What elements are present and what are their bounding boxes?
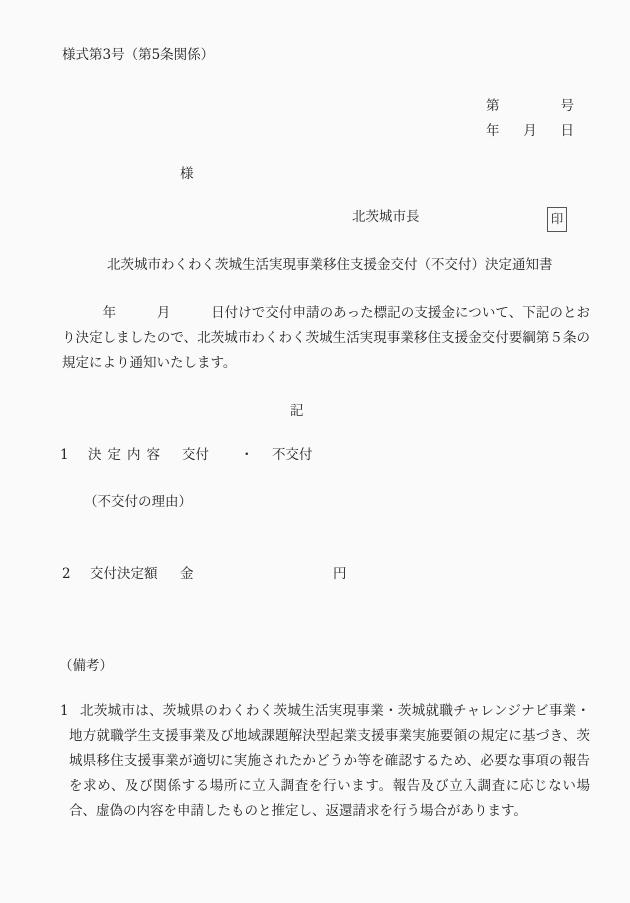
document-number-suffix: 号	[561, 98, 575, 116]
date-month-label: 月	[523, 123, 537, 141]
record-mark: 記	[290, 403, 304, 421]
amount-suffix: 円	[333, 566, 347, 584]
seal-placeholder-box: 印	[547, 207, 567, 232]
denial-reason-label: （不交付の理由）	[84, 494, 192, 512]
date-day-label: 日	[561, 123, 575, 141]
document-number-line: 第 号	[486, 98, 574, 116]
decision-option-deny: 不交付	[272, 447, 313, 465]
item2-number: 2	[62, 566, 71, 584]
date-line: 年 月 日	[486, 123, 574, 141]
item1-number: 1	[60, 447, 69, 465]
addressee-honorific: 様	[180, 166, 194, 184]
amount-prefix: 金	[180, 566, 194, 584]
body-paragraph: 年 月 日付けで交付申請のあった標記の支援金について、下記のとおり決定しましたの…	[62, 301, 590, 376]
note1-number: 1	[60, 699, 69, 724]
sender-title: 北茨城市長	[352, 209, 420, 227]
remarks-label: （備考）	[59, 658, 113, 676]
seal-mark: 印	[551, 211, 564, 227]
note1-text: 北茨城市は、茨城県のわくわく茨城生活実現事業・茨城就職チャレンジナビ事業・地方就…	[69, 699, 590, 824]
item1-label: 決定内容	[88, 447, 166, 465]
decision-option-grant: 交付	[182, 447, 209, 465]
document-title: 北茨城市わくわく茨城生活実現事業移住支援金交付（不交付）決定通知書	[107, 257, 553, 275]
decision-option-separator: ・	[240, 447, 254, 465]
item2-label: 交付決定額	[90, 566, 158, 584]
form-number-label: 様式第3号（第5条関係）	[62, 47, 214, 65]
official-notice-document: 様式第3号（第5条関係） 第 号 年 月 日 様 北茨城市長 印 北茨城市わくわ…	[0, 0, 630, 903]
document-number-prefix: 第	[486, 98, 500, 116]
date-year-label: 年	[486, 123, 500, 141]
